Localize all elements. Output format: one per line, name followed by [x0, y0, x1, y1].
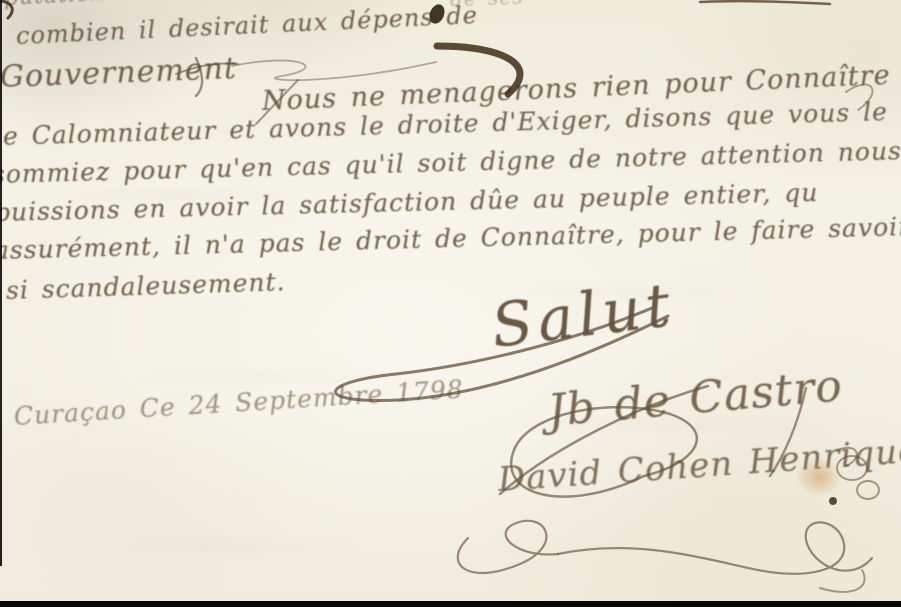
- top-fragment-left: putation: [3, 0, 106, 11]
- ink-speck: [829, 497, 837, 505]
- manuscript-line-8: si scandaleusement.: [6, 267, 286, 305]
- manuscript-line-2: Gouvernement: [0, 51, 238, 95]
- manuscript-line-1: combien il desirait aux dépens de: [15, 1, 478, 50]
- letterbox-bottom-bar: [0, 601, 901, 607]
- stain-spot: [796, 458, 842, 496]
- flourish-top-streak: [700, 1, 830, 4]
- flourish-henriquez-tail: [820, 570, 865, 592]
- signature-castro: Jb de Castro: [546, 360, 845, 437]
- flourish-swash: [232, 60, 436, 80]
- film-edge-left: [0, 0, 2, 566]
- flourish-henriquez-ring-2: [857, 481, 879, 499]
- flourish-henriquez-knot-left: [458, 521, 558, 573]
- closing-salut: Salut: [488, 270, 679, 362]
- manuscript-photo: putation de ses combien il desirait aux …: [0, 0, 901, 607]
- dateline: Curaçao Ce 24 Septembre 1798: [13, 375, 464, 431]
- signature-henriquez: David Cohen Henriquez: [497, 429, 901, 500]
- flourish-henriquez-knot-right: [558, 522, 872, 573]
